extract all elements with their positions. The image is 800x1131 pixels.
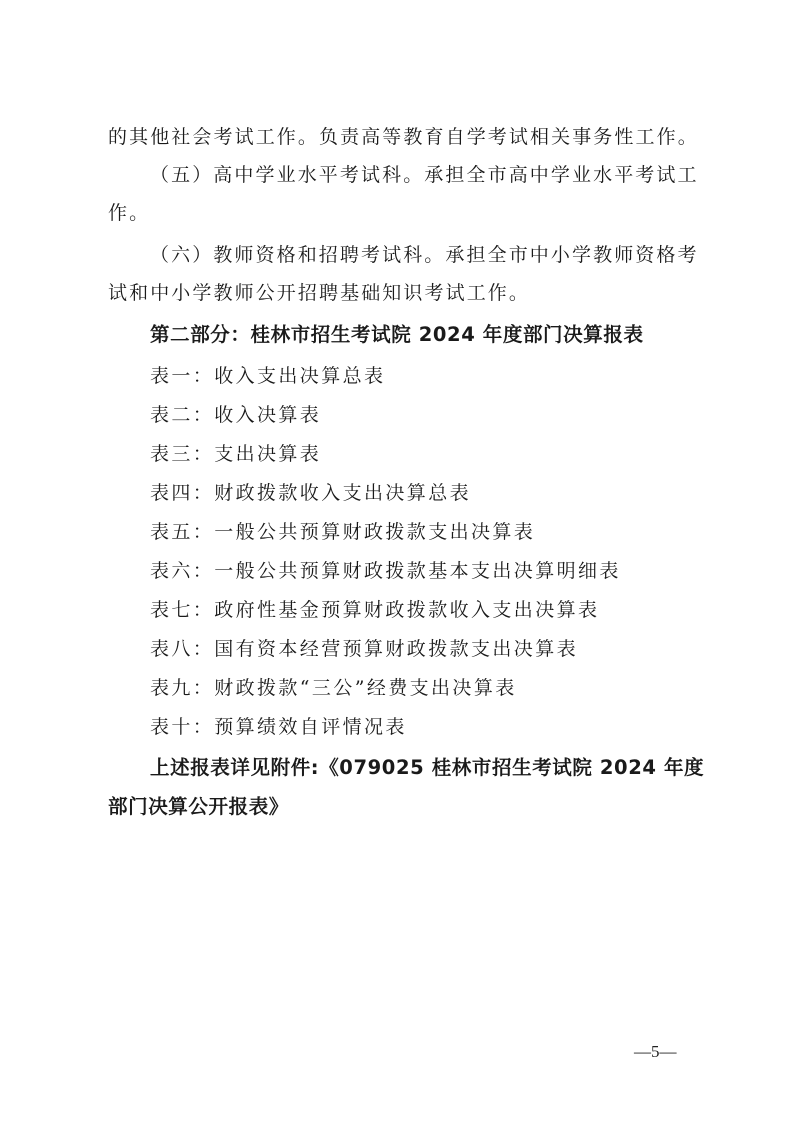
table-list-item: 表五：一般公共预算财政拨款支出决算表: [150, 520, 750, 544]
paragraph-line: （六）教师资格和招聘考试科。承担全市中小学教师资格考: [150, 243, 750, 267]
attachment-note: 部门决算公开报表》: [108, 795, 708, 819]
table-list-item: 表三：支出决算表: [150, 442, 750, 466]
paragraph-line: 试和中小学教师公开招聘基础知识考试工作。: [108, 281, 708, 305]
paragraph-line: 的其他社会考试工作。负责高等教育自学考试相关事务性工作。: [108, 125, 708, 149]
table-list-item: 表一：收入支出决算总表: [150, 364, 750, 388]
table-list-item: 表七：政府性基金预算财政拨款收入支出决算表: [150, 598, 750, 622]
table-list-item: 表九：财政拨款“三公”经费支出决算表: [150, 676, 750, 700]
table-list-item: 表二：收入决算表: [150, 403, 750, 427]
paragraph-line: （五）高中学业水平考试科。承担全市高中学业水平考试工: [150, 163, 750, 187]
table-list-item: 表八：国有资本经营预算财政拨款支出决算表: [150, 637, 750, 661]
page-number: —5—: [634, 1042, 677, 1062]
table-list-item: 表十：预算绩效自评情况表: [150, 715, 750, 739]
attachment-note: 上述报表详见附件:《079025 桂林市招生考试院 2024 年度: [150, 756, 750, 780]
document-page: 的其他社会考试工作。负责高等教育自学考试相关事务性工作。 （五）高中学业水平考试…: [0, 0, 800, 1131]
section-heading: 第二部分：桂林市招生考试院 2024 年度部门决算报表: [150, 323, 750, 347]
paragraph-line: 作。: [108, 201, 708, 225]
table-list-item: 表六：一般公共预算财政拨款基本支出决算明细表: [150, 559, 750, 583]
table-list-item: 表四：财政拨款收入支出决算总表: [150, 481, 750, 505]
